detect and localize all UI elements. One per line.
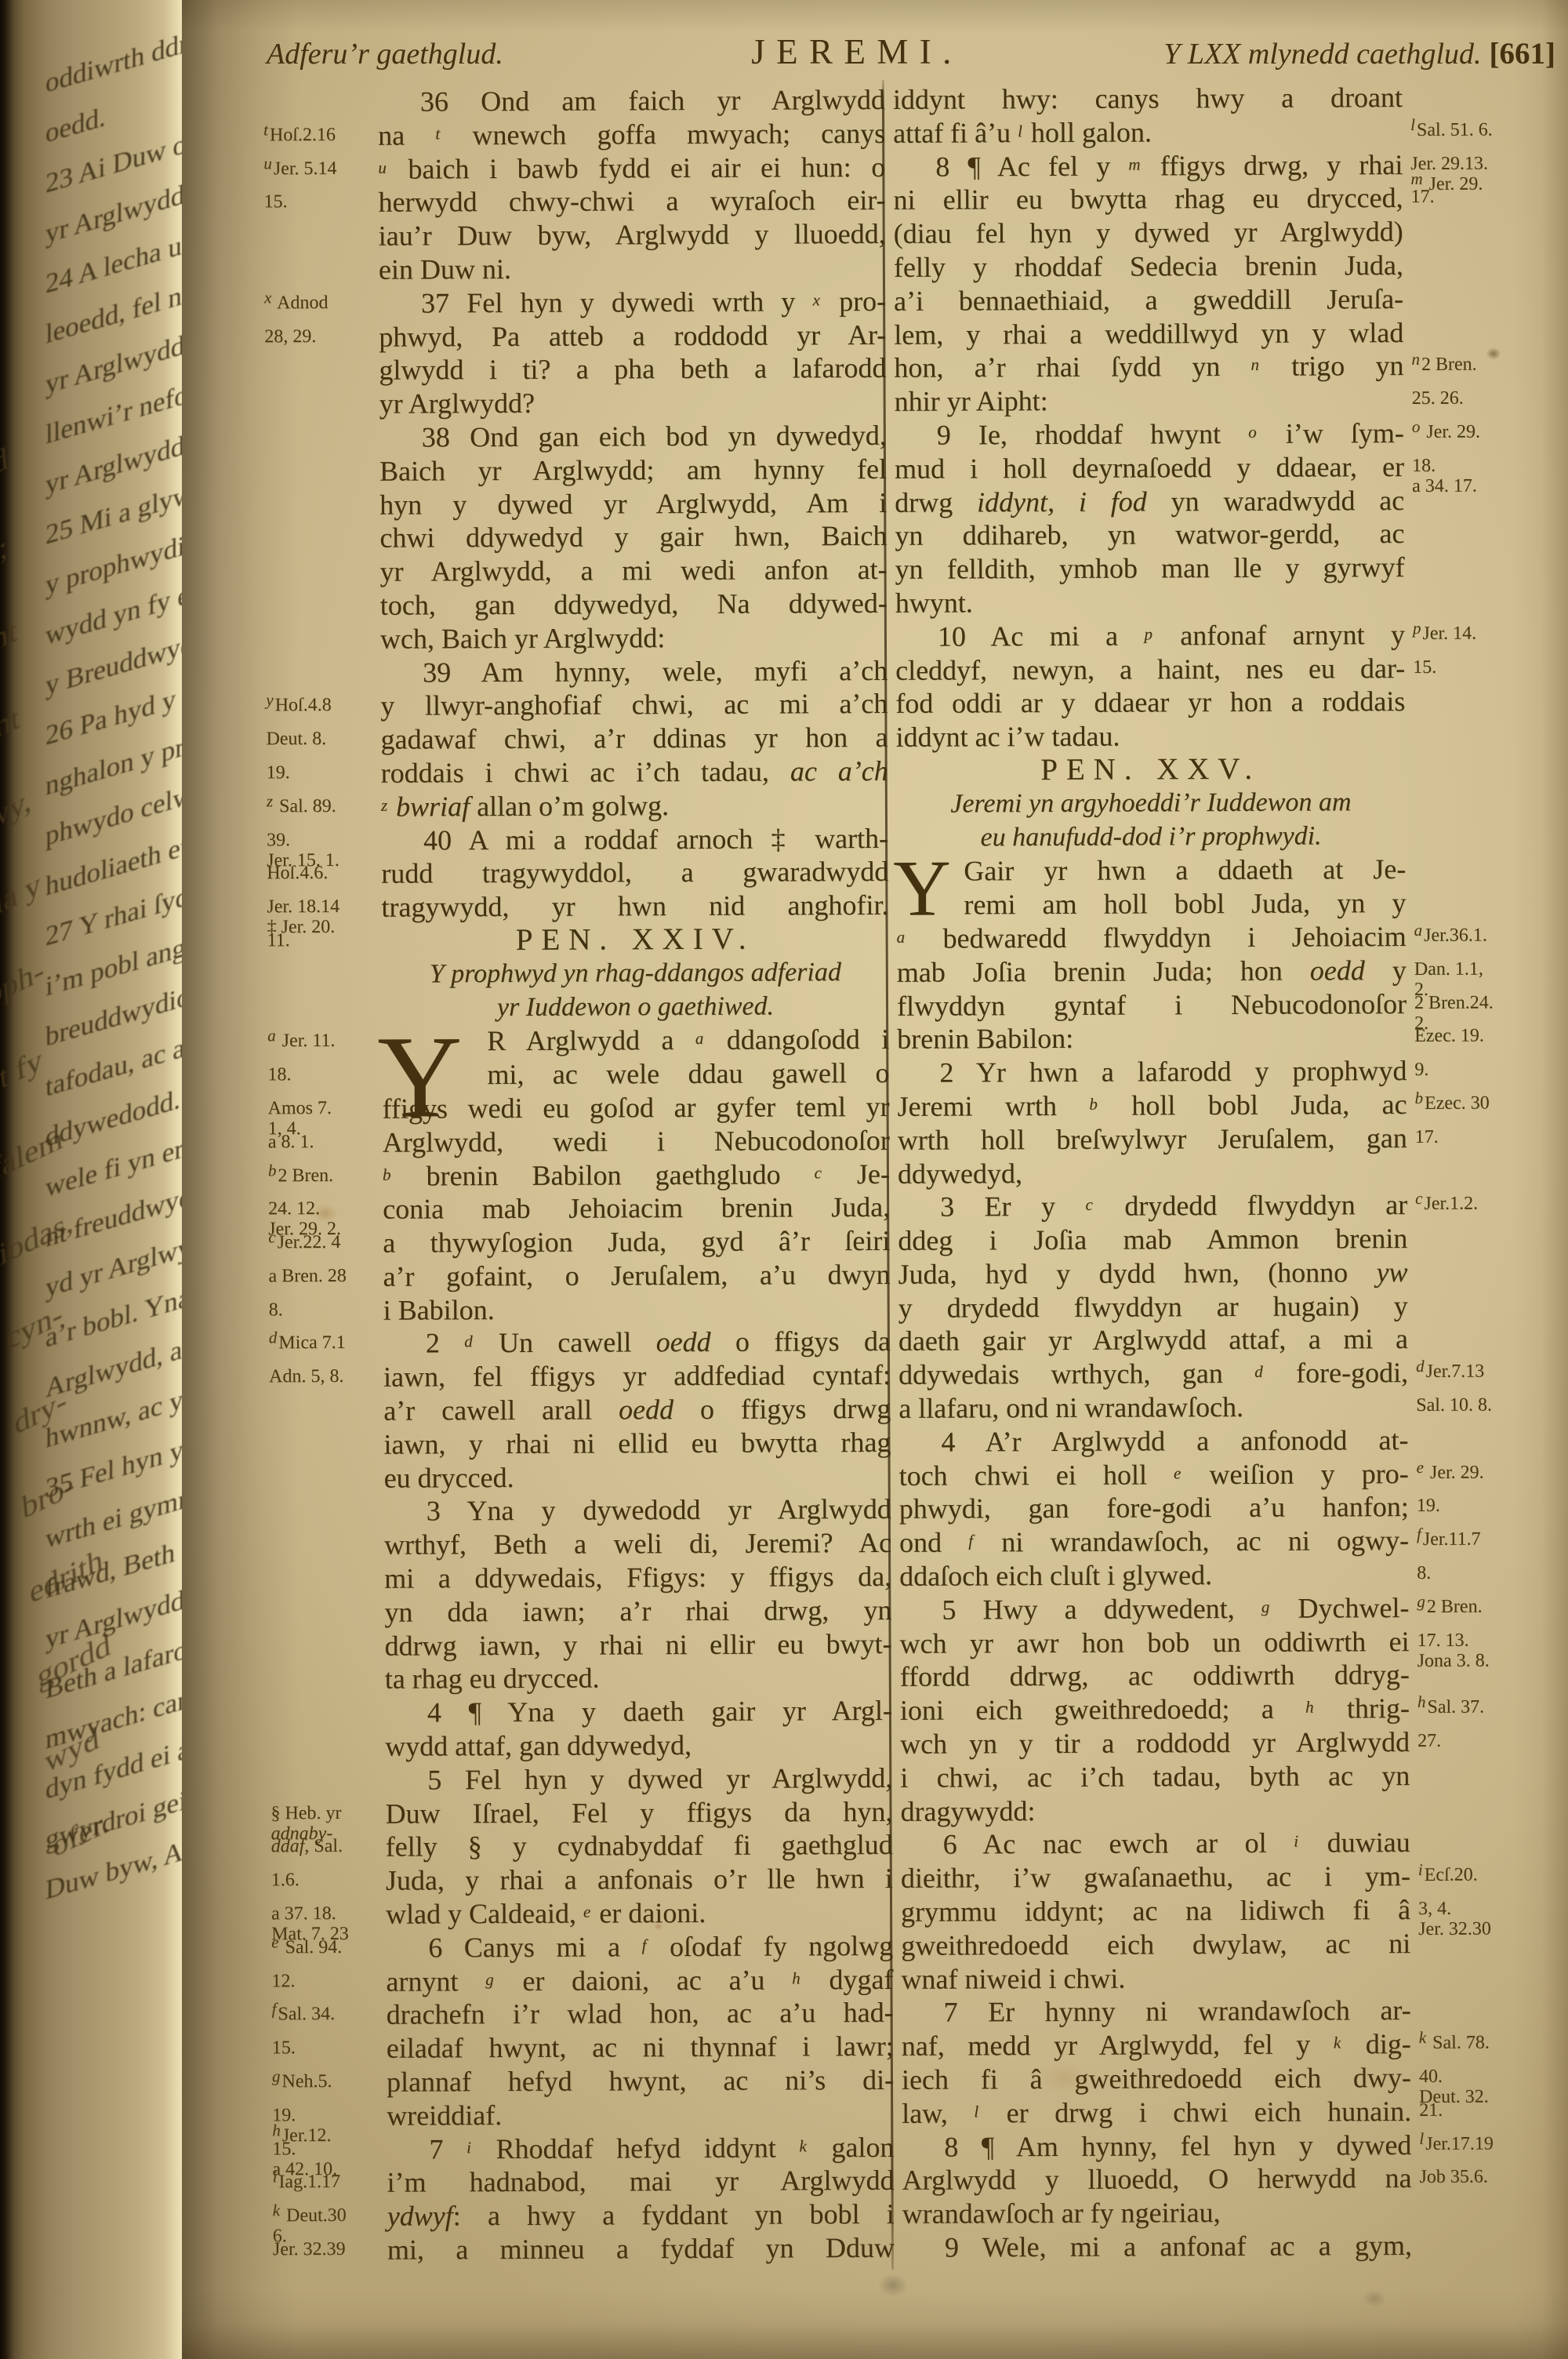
text-line: wnaf niweid i chwi.: [901, 1960, 1563, 1996]
text-line: wch yn y tir a roddodd yr Arglwydd27.: [900, 1725, 1563, 1761]
verse-text: 2 Yr hwn a lafarodd y prophwyd: [897, 1054, 1406, 1090]
margin-reference: 18.: [267, 1059, 376, 1092]
text-line: 9 Wele, mi a anfonaf ac a gym,: [902, 2228, 1565, 2264]
text-line: 39 Am hynny, wele, myfi a’ch: [266, 653, 887, 689]
verse-text: na t wnewch goffa mwyach; canys: [378, 117, 885, 153]
text-line: dragywydd:: [900, 1792, 1563, 1828]
verse-text: ydwyf: a hwy a fyddant yn bobl i: [387, 2197, 895, 2234]
text-line: hwynt.: [895, 583, 1558, 620]
text-line: 36 Ond am faich yr Arglwydd: [263, 83, 885, 119]
verse-text: drwg iddynt, i fod yn waradwydd ac: [895, 484, 1404, 520]
verse-text: toch chwi ei holl e weiſion y pro-: [899, 1457, 1409, 1493]
margin-reference: 39. Jer. 15. 1.: [267, 823, 375, 857]
verse-text: ddaſoch eich cluſt i glywed.: [899, 1558, 1409, 1594]
margin-reference: [1406, 785, 1559, 820]
verse-text: flwyddyn gyntaf i Nebucodonoſor: [897, 987, 1406, 1023]
verse-text: mud i holl deyrnaſoedd y ddaear, er: [895, 450, 1404, 486]
text-line: attaf fi â’u l holl galon.lSal. 51. 6.: [893, 114, 1555, 150]
text-line: uJer. 5.14u baich i bawb fydd ei air ei …: [263, 151, 885, 187]
verse-text: 6 Ac nac ewch ar ol i duwiau: [901, 1826, 1410, 1862]
text-line: wrthyf, Beth a weli di, Jeremi? Ac: [270, 1526, 891, 1562]
verse-text: z bwriaf allan o’m golwg.: [381, 788, 888, 824]
text-line: cleddyf, newyn, a haint, nes eu dar-15.: [895, 651, 1558, 687]
verse-text: 4 ¶ Yna y daeth gair yr Argl-: [385, 1694, 892, 1730]
margin-reference: lSal. 51. 6.: [1403, 114, 1555, 148]
verse-text: ond f ni wrandawſoch, ac ni ogwy-: [899, 1524, 1409, 1560]
verse-text: 7 i Rhoddaf hefyd iddynt k galon: [387, 2131, 894, 2167]
text-line: lem, y rhai a weddillwyd yn y wlad: [894, 315, 1556, 351]
margin-reference: a Bren. 28: [268, 1260, 376, 1294]
margin-reference: Amos 7. 1, 4.: [268, 1092, 376, 1126]
margin-reference: cJer.22. 4: [268, 1227, 376, 1260]
verse-text: a’r gofaint, o Jeruſalem, a’u dwyn: [383, 1258, 890, 1294]
margin-reference: uJer. 5.14: [263, 152, 372, 186]
verse-text: plannaf hefyd hwynt, ac ni’s di-: [387, 2063, 894, 2099]
verse-text: 3 Yna y dywedodd yr Arglwydd: [384, 1492, 891, 1528]
margin-reference: e Jer. 29.: [1409, 1456, 1562, 1491]
margin-reference: [1406, 852, 1559, 887]
verse-text: ffigys wedi eu goſod ar gyfer teml yr: [383, 1090, 890, 1126]
verse-text: conia mab Jehoiacim brenin Juda,: [383, 1190, 890, 1227]
margin-reference: 9.: [1406, 1053, 1559, 1088]
verse-text: Gair yr hwn a ddaeth at Je-: [896, 852, 1406, 889]
margin-reference: hSal. 37.: [1410, 1691, 1563, 1725]
margin-reference: [1407, 1221, 1560, 1256]
verse-text: wrandawſoch ar fy ngeiriau,: [902, 2195, 1412, 2231]
margin-reference: [265, 455, 373, 489]
verse-text: dragywydd:: [900, 1793, 1410, 1829]
margin-reference: 17. 13. Jona 3. 8.: [1409, 1624, 1562, 1659]
verse-text: PEN. XXV.: [896, 752, 1406, 788]
margin-reference: [267, 991, 376, 1025]
verse-text: mi, ac wele ddau gawell o: [382, 1056, 889, 1092]
verse-text: b brenin Babilon gaethgludo c Je-: [383, 1157, 890, 1193]
verse-text: chwi ddywedyd y gair hwn, Baich: [379, 519, 887, 555]
text-line: ioni eich gweithredoedd; a h thrig-hSal.…: [900, 1691, 1563, 1727]
margin-reference: 2 Bren.24. 2.: [1406, 987, 1559, 1021]
verse-text: ddeg i Joſia mab Ammon brenin: [898, 1222, 1407, 1258]
verse-text: drachefn i’r wlad hon, ac a’u had-: [387, 1996, 894, 2032]
margin-reference: 17.: [1403, 181, 1555, 216]
verse-text: wch, Baich yr Arglwydd:: [380, 620, 887, 656]
text-line: Y prophwyd yn rhag-ddangos adferiad: [267, 956, 889, 992]
margin-reference: pJer. 14.: [1405, 617, 1558, 652]
text-line: fod oddi ar y ddaear yr hon a roddais: [895, 685, 1558, 721]
text-line: 8 ¶ Ac fel y m ffigys drwg, y rhaiJer. 2…: [893, 147, 1555, 184]
margin-reference: [270, 1528, 378, 1562]
margin-reference: n2 Bren.: [1403, 349, 1556, 383]
text-line: Adn. 5, 8.iawn, fel ffigys yr addfediad …: [269, 1358, 891, 1394]
verse-text: a’i bennaethiaid, a gweddill Jeruſa-: [894, 282, 1403, 318]
text-line: toch chwi ei holl e weiſion y pro-e Jer.…: [899, 1456, 1562, 1492]
margin-reference: Sal. 10. 8.: [1408, 1389, 1561, 1423]
verse-text: ni ellir eu bwytta rhag eu drycced,: [893, 181, 1403, 217]
verse-text: wnaf niweid i chwi.: [901, 1961, 1410, 1997]
verse-text: ein Duw ni.: [379, 251, 886, 287]
text-line: remi am holl bobl Juda, yn y: [896, 885, 1559, 921]
margin-reference: 15.: [272, 2032, 380, 2066]
margin-reference: [266, 656, 374, 689]
right-column: iddynt hwy: canys hwy a droantattaf fi â…: [893, 80, 1565, 2264]
verse-text: wlad y Caldeaid, e er daioni.: [386, 1896, 893, 1932]
verse-text: 36 Ond am faich yr Arglwydd: [378, 83, 885, 119]
text-line: 24. 12. Jer. 29. 2.conia mab Jehoiacim b…: [268, 1190, 890, 1227]
text-line: 7 Er hynny ni wrandawſoch ar-: [902, 1994, 1564, 2030]
text-line: yr Arglwydd?: [265, 385, 887, 421]
verse-text: tragywydd, yr hwn nid anghofir.: [381, 889, 888, 925]
margin-reference: [270, 1696, 379, 1730]
text-line: a 8. 1.Arglwydd, wedi i Nebucodonoſor: [268, 1124, 890, 1160]
margin-reference: [1410, 1658, 1563, 1692]
margin-reference: 8.: [269, 1293, 377, 1327]
verse-text: yn felldith, ymhob man lle y gyrwyf: [895, 551, 1405, 587]
text-block: 36 Ond am faich yr ArglwyddtHoſ.2.16na t…: [176, 0, 1568, 2359]
margin-reference: 15.: [263, 186, 372, 220]
text-line: x Adnod37 Fel hyn y dywedi wrth y x pro-: [264, 285, 886, 321]
margin-reference: lJer.17.19: [1411, 2128, 1564, 2162]
text-line: fSal. 34.drachefn i’r wlad hon, ac a’u h…: [272, 1996, 894, 2032]
margin-reference: 1.6.: [271, 1864, 379, 1898]
margin-reference: 15.: [1405, 651, 1558, 685]
margin-reference: [265, 421, 373, 455]
margin-reference: [1408, 1289, 1561, 1323]
text-line: cJer.22. 4a thywyſogion Juda, gyd â’r ſe…: [268, 1224, 890, 1260]
margin-reference: [1406, 819, 1559, 853]
verse-text: Juda, hyd y dydd hwn, (honno yw: [898, 1256, 1407, 1292]
text-line: iddynt ac i’w tadau.: [895, 718, 1558, 754]
text-line: mud i holl deyrnaſoedd y ddaear, er18. a…: [895, 449, 1557, 485]
text-line: 3 Er y c drydedd flwyddyn arcJer.1.2.: [898, 1187, 1560, 1223]
verse-text: iawn, y rhai ni ellid eu bwytta rhag: [383, 1426, 891, 1462]
margin-reference: [266, 589, 374, 623]
verse-text: arnynt g er daioni, ac a’u h dygaf: [386, 1963, 893, 1999]
margin-reference: iEcſ.20.: [1410, 1859, 1563, 1893]
text-line: wrandawſoch ar fy ngeiriau,: [902, 2194, 1565, 2230]
margin-reference: [269, 1428, 377, 1462]
margin-reference: 28, 29.: [264, 320, 372, 354]
verse-text: hon, a’r rhai ſydd yn n trigo yn: [894, 349, 1403, 385]
verse-text: wch yn y tir a roddodd yr Arglwydd: [900, 1725, 1410, 1761]
text-line: wrth holl breſwylwyr Jeruſalem, gan17.: [898, 1121, 1560, 1157]
verse-text: 8 ¶ Ac fel y m ffigys drwg, y rhai: [893, 148, 1403, 184]
text-line: a llafaru, ond ni wrandawſoch.Sal. 10. 8…: [898, 1389, 1561, 1425]
margin-reference: e Sal. 94.: [271, 1932, 379, 1965]
verse-text: iau’r Duw byw, Arglwydd y lluoedd,: [379, 217, 886, 253]
margin-reference: [265, 522, 373, 555]
margin-reference: § Heb. yr adnaby-: [270, 1797, 379, 1830]
verse-text: remi am holl bobl Juda, yn y: [896, 886, 1406, 922]
text-line: ddaf, Sal.felly § y cydnabyddaf fi gaeth…: [271, 1828, 893, 1864]
text-line: iau’r Duw byw, Arglwydd y lluoedd,: [264, 217, 886, 253]
margin-reference: [1403, 248, 1556, 282]
text-line: dMica 7.12 d Un cawell oedd o ffigys da: [269, 1325, 891, 1361]
margin-reference: [1410, 1960, 1563, 1994]
verse-text: y llwyr-anghofiaf chwi, ac mi a’ch: [380, 687, 887, 723]
text-line: 19. hJer.12.wreiddiaf.: [272, 2097, 894, 2133]
verse-text: naf, medd yr Arglwydd, fel y k dig-: [902, 2027, 1411, 2063]
verse-text: attaf fi â’u l holl galon.: [893, 114, 1403, 151]
margin-reference: [267, 958, 376, 991]
margin-reference: k Sal. 78.: [1411, 2026, 1564, 2061]
verse-text: 5 Hwy a ddywedent, g Dychwel-: [899, 1591, 1409, 1627]
text-line: Jeremi yn argyhoeddi’r Iuddewon am: [896, 785, 1559, 821]
text-line: z Sal. 89.z bwriaf allan o’m golwg.: [267, 788, 888, 824]
verse-text: wydd attaf, gan ddywedyd,: [385, 1728, 892, 1764]
text-line: b2 Bren.b brenin Babilon gaethgludo c Je…: [268, 1157, 890, 1193]
margin-reference: [1403, 315, 1556, 350]
text-line: a’r cawell arall oedd o ffigys drwg: [269, 1392, 891, 1428]
verse-text: 5 Fel hyn y dywed yr Arglwydd,: [385, 1761, 892, 1797]
text-line: Jer. 32.39mi, a minneu a fyddaf yn Dduw: [273, 2231, 895, 2267]
margin-reference: Adn. 5, 8.: [269, 1361, 377, 1394]
verse-text: Arglwydd y lluoedd, O herwydd na: [902, 2161, 1411, 2197]
verse-text: gweithredoedd eich dwylaw, ac ni: [901, 1927, 1410, 1963]
margin-reference: [264, 220, 372, 253]
margin-reference: [266, 555, 374, 589]
text-line: iech fi â gweithredoedd eich dwy-40. Deu…: [902, 2060, 1564, 2096]
text-line: ond f ni wrandawſoch, ac ni ogwy-fJer.11…: [899, 1523, 1562, 1559]
margin-reference: fSal. 34.: [272, 1998, 380, 2032]
verse-text: eiladaf hwynt, ac ni thynnaf i lawr;: [387, 2030, 894, 2066]
verse-text: (diau fel hyn y dywed yr Arglwydd): [894, 215, 1403, 251]
margin-reference: 21.: [1411, 2094, 1564, 2128]
margin-reference: [1407, 1154, 1560, 1189]
margin-reference: Jer. 29.13. m Jer. 29.: [1403, 147, 1555, 182]
verse-text: i’m hadnabod, mai yr Arglwydd: [387, 2164, 894, 2200]
text-line: yn ddihareb, yn watwor-gerdd, ac: [895, 517, 1557, 553]
verse-text: y drydedd flwyddyn ar hugain) y: [898, 1289, 1408, 1325]
text-line: phwydi, gan fore-godi a’u hanfon;19.: [899, 1490, 1562, 1526]
text-line: (diau fel hyn y dywed yr Arglwydd): [894, 214, 1556, 250]
verse-text: fod oddi ar y ddaear yr hon a roddais: [895, 685, 1405, 721]
verse-text: law, l er drwg i chwi eich hunain.: [902, 2095, 1411, 2131]
text-line: § Heb. yr adnaby-Duw Iſrael, Fel y ffigy…: [270, 1795, 892, 1831]
text-line: ddywedais wrthych, gan d fore-godi,dJer.…: [898, 1355, 1561, 1391]
verse-text: ddywedais wrthych, gan d fore-godi,: [898, 1356, 1408, 1392]
margin-reference: 12.: [271, 1965, 379, 1998]
margin-reference: [1405, 685, 1558, 719]
verse-text: 39 Am hynny, wele, myfi a’ch: [380, 653, 887, 689]
text-line: ein Duw ni.: [264, 251, 886, 287]
margin-reference: 18. a 34. 17.: [1404, 449, 1557, 484]
text-line: yn dda iawn; a’r rhai drwg, yn: [270, 1594, 891, 1630]
text-line: ni ellir eu bwytta rhag eu drycced,17.: [893, 181, 1555, 217]
text-line: e Sal. 94.6 Canys mi a f oſodaf fy ngolw…: [271, 1929, 893, 1965]
verse-text: ta rhag eu drycced.: [385, 1660, 892, 1696]
margin-reference: [1403, 80, 1555, 114]
verse-text: Juda, y rhai a anfonais o’r lle hwn i: [386, 1862, 893, 1898]
margin-reference: fJer.11.7: [1409, 1523, 1562, 1558]
text-line: nhir yr Aipht:25. 26.: [895, 382, 1557, 418]
text-line: daeth gair yr Arglwydd attaf, a mi a: [898, 1322, 1561, 1358]
text-line: flwyddyn gyntaf i Nebucodonoſor2 Bren.24…: [897, 987, 1559, 1023]
margin-reference: 25. 26.: [1404, 382, 1557, 416]
text-line: wydd attaf, gan ddywedyd,: [270, 1728, 892, 1764]
margin-reference: [1403, 214, 1556, 249]
text-line: 15.eiladaf hwynt, ac ni thynnaf i lawr;: [272, 2030, 894, 2066]
text-line: chwi ddywedyd y gair hwn, Baich: [265, 519, 887, 555]
margin-reference: 19.: [267, 757, 375, 791]
margin-reference: Jer. 32.39: [273, 2234, 381, 2267]
left-column: 36 Ond am faich yr ArglwyddtHoſ.2.16na t…: [263, 83, 895, 2267]
text-line: Jeremi wrth b holl bobl Juda, acbEzec. 3…: [898, 1087, 1560, 1123]
verse-text: a thywyſogion Juda, gyd â’r ſeiri: [383, 1224, 890, 1260]
margin-reference: [264, 354, 372, 387]
text-line: a bedwaredd flwyddyn i JehoiacimaJer.36.…: [897, 919, 1559, 955]
margin-reference: [1404, 483, 1557, 518]
margin-reference: cJer.1.2.: [1407, 1187, 1560, 1222]
margin-reference: Dan. 1.1, 2.: [1406, 953, 1559, 987]
text-line: glwydd i ti? a pha beth a lafarodd: [264, 351, 886, 387]
verse-text: toch, gan ddywedyd, Na ddywed-: [380, 587, 887, 623]
margin-reference: 40. Deut. 32.: [1411, 2060, 1564, 2095]
text-line: 12.arnynt g er daioni, ac a’u h dygaf: [271, 1963, 893, 1999]
margin-reference: [265, 387, 373, 421]
verse-text: Y prophwyd yn rhag-ddangos adferiad: [382, 956, 889, 992]
verse-text: 7 Er hynny ni wrandawſoch ar-: [902, 1994, 1411, 2030]
margin-reference: 11.: [267, 925, 376, 958]
text-line: 15.herwydd chwy-chwi a wyraſoch eir-: [263, 184, 885, 220]
verse-text: iddynt ac i’w tadau.: [895, 718, 1405, 754]
margin-reference: [1410, 1792, 1563, 1826]
text-line: 11.PEN. XXIV.: [267, 922, 889, 958]
text-line: ta rhag eu drycced.: [270, 1660, 892, 1696]
verse-text: roddais i chwi ac i’ch tadau, ac a’ch: [381, 754, 888, 791]
margin-reference: g2 Bren.: [1409, 1590, 1562, 1625]
text-line: Deut. 8.gadawaf chwi, a’r ddinas yr hon …: [266, 721, 887, 757]
text-line: Baich yr Arglwydd; am hynny fel: [265, 453, 887, 489]
verse-text: a llafaru, ond ni wrandawſoch.: [898, 1390, 1408, 1426]
text-line: i chwi, ac i’ch tadau, byth ac yn: [900, 1758, 1563, 1794]
text-line: 3 Yna y dywedodd yr Arglwydd: [270, 1492, 891, 1528]
text-line: Juda, hyd y dydd hwn, (honno yw: [898, 1255, 1560, 1291]
verse-text: 6 Canys mi a f oſodaf fy ngolwg: [386, 1929, 893, 1965]
text-line: 10 Ac mi a p anfonaf arnynt ypJer. 14.: [895, 617, 1558, 653]
text-line: hon, a’r rhai ſydd yn n trigo ynn2 Bren.: [894, 349, 1556, 385]
text-line: wch yr awr hon bob un oddiwrth ei17. 13.…: [899, 1624, 1562, 1660]
margin-reference: 19. hJer.12.: [272, 2099, 380, 2133]
margin-reference: [1410, 1826, 1563, 1860]
margin-reference: bEzec. 30: [1406, 1087, 1559, 1121]
text-line: a 37. 18. Mat. 7. 23wlad y Caldeaid, e e…: [271, 1896, 893, 1932]
text-line: yr Arglwydd, a mi wedi anfon at-: [266, 553, 887, 589]
text-line: iIag.1.17i’m hadnabod, mai yr Arglwydd: [272, 2164, 894, 2200]
text-line: ddeg i Joſia mab Ammon brenin: [898, 1221, 1560, 1257]
text-line: 8.i Babilon.: [269, 1292, 891, 1328]
text-line: Ya Jer. 11.R Arglwydd a a ddangoſodd i: [267, 1023, 889, 1059]
verse-text: yn dda iawn; a’r rhai drwg, yn: [384, 1594, 891, 1630]
text-line: 4 ¶ Yna y daeth gair yr Argl-: [270, 1694, 892, 1730]
verse-text: 4 A’r Arglwydd a anfonodd at-: [898, 1423, 1408, 1459]
margin-reference: [1412, 2228, 1565, 2263]
text-line: naf, medd yr Arglwydd, fel y k dig-k Sal…: [902, 2026, 1564, 2063]
verse-text: cleddyf, newyn, a haint, nes eu dar-: [895, 652, 1405, 688]
facing-page-gutter: eiriady nhŷwynt,fforddlwch;thiantrnyntof…: [0, 0, 182, 2359]
text-line: 2 Yr hwn a lafarodd y prophwyd9.: [897, 1053, 1559, 1089]
text-line: 19.roddais i chwi ac i’ch tadau, ac a’ch: [267, 754, 888, 791]
margin-reference: iIag.1.17: [272, 2166, 380, 2200]
text-line: gNeh.5.plannaf hefyd hwynt, ac ni’s di-: [272, 2063, 894, 2099]
verse-text: iawn, fel ffigys yr addfediad cyntaf:: [383, 1358, 891, 1394]
margin-reference: aJer.36.1.: [1406, 919, 1559, 954]
text-line: ddywedyd,: [898, 1154, 1560, 1190]
verse-text: i Babilon.: [383, 1292, 891, 1328]
text-line: tHoſ.2.16na t wnewch goffa mwyach; canys: [263, 117, 885, 153]
text-line: YGair yr hwn a ddaeth at Je-: [896, 852, 1559, 889]
margin-reference: [1406, 885, 1559, 920]
text-line: 9 Ie, rhoddaf hwynt o i’w ſym-o Jer. 29.: [895, 416, 1557, 452]
facing-page-body-text: oddiwrth ddrygioni euoedd.23 Ai Duw o ag…: [45, 0, 182, 1916]
text-line: mi a ddywedais, Ffigys: y ffigys da,: [270, 1560, 891, 1596]
text-line: Hoſ.4.6.rudd tragywyddol, a gwaradwydd: [267, 855, 888, 891]
verse-text: Jeremi wrth b holl bobl Juda, ac: [898, 1088, 1407, 1124]
margin-reference: Jer. 18.14 ‡ Jer. 20.: [267, 891, 375, 925]
margin-reference: x Adnod: [264, 287, 372, 321]
margin-reference: [1407, 1255, 1560, 1289]
verse-text: grymmu iddynt; ac na lidiwch fi â: [901, 1893, 1410, 1929]
text-line: Jer. 18.14 ‡ Jer. 20.tragywydd, yr hwn n…: [267, 889, 888, 925]
margin-reference: dJer.7.13: [1408, 1355, 1561, 1390]
verse-text: wrth holl breſwylwyr Jeruſalem, gan: [898, 1121, 1407, 1158]
margin-reference: dMica 7.1: [269, 1327, 377, 1361]
margin-reference: [1408, 1322, 1561, 1357]
verse-text: yn ddihareb, yn watwor-gerdd, ac: [895, 517, 1404, 553]
text-line: mab Joſia brenin Juda; hon oedd yDan. 1.…: [897, 953, 1559, 989]
verse-text: dieithr, i’w gwaſanaethu, ac i ym-: [901, 1859, 1410, 1896]
verse-text: Baich yr Arglwydd; am hynny fel: [379, 453, 887, 489]
margin-reference: [264, 253, 372, 287]
verse-text: 9 Wele, mi a anfonaf ac a gym,: [902, 2229, 1412, 2265]
text-line: toch, gan ddywedyd, Na ddywed-: [266, 587, 887, 623]
verse-text: felly § y cydnabyddaf fi gaethglud: [386, 1828, 893, 1864]
verse-text: ddywedyd,: [898, 1155, 1407, 1191]
verse-text: 2 d Un cawell oedd o ffigys da: [383, 1325, 891, 1361]
verse-text: 38 Ond gan eich bod yn dywedyd,: [379, 419, 887, 455]
text-line: 6 Ac nac ewch ar ol i duwiau: [901, 1826, 1563, 1862]
text-line: felly y rhoddaf Sedecia brenin Juda,: [894, 248, 1556, 284]
verse-text: wch yr awr hon bob un oddiwrth ei: [899, 1625, 1409, 1661]
text-line: brenin Babilon:Ezec. 19.: [897, 1020, 1559, 1056]
margin-reference: [1410, 1926, 1563, 1961]
verse-text: felly y rhoddaf Sedecia brenin Juda,: [894, 249, 1403, 285]
text-line: 39. Jer. 15. 1.40 A mi a roddaf arnoch ‡…: [267, 821, 888, 857]
margin-reference: 17.: [1407, 1121, 1560, 1155]
margin-reference: [270, 1663, 379, 1696]
margin-reference: a 37. 18. Mat. 7. 23: [271, 1898, 379, 1932]
text-line: 1.6.Juda, y rhai a anfonais o’r lle hwn …: [271, 1862, 893, 1898]
verse-text: Duw Iſrael, Fel y ffigys da hyn,: [385, 1795, 892, 1831]
margin-reference: tHoſ.2.16: [263, 119, 372, 153]
margin-reference: [270, 1764, 379, 1797]
margin-reference: [266, 623, 374, 656]
text-line: yHoſ.4.8y llwyr-anghofiaf chwi, ac mi a’…: [266, 687, 887, 723]
margin-reference: [1408, 1423, 1561, 1457]
text-line: 8 ¶ Am hynny, fel hyn y dywedlJer.17.19: [902, 2128, 1564, 2164]
margin-reference: [1412, 2194, 1565, 2229]
margin-reference: [1405, 550, 1558, 584]
margin-reference: [265, 488, 373, 522]
verse-text: PEN. XXIV.: [382, 922, 889, 958]
margin-reference: a Jer. 11.: [267, 1025, 376, 1059]
margin-reference: 8.: [1409, 1557, 1562, 1591]
margin-reference: [1411, 1994, 1564, 2028]
margin-reference: Ezec. 19.: [1406, 1020, 1559, 1055]
text-line: law, l er drwg i chwi eich hunain.21.: [902, 2094, 1564, 2130]
text-line: iawn, y rhai ni ellid eu bwytta rhag: [269, 1426, 891, 1462]
text-line: 5 Fel hyn y dywed yr Arglwydd,: [270, 1761, 892, 1797]
verse-text: mab Joſia brenin Juda; hon oedd y: [897, 954, 1406, 990]
text-line: 18.mi, ac wele ddau gawell o: [267, 1056, 889, 1092]
